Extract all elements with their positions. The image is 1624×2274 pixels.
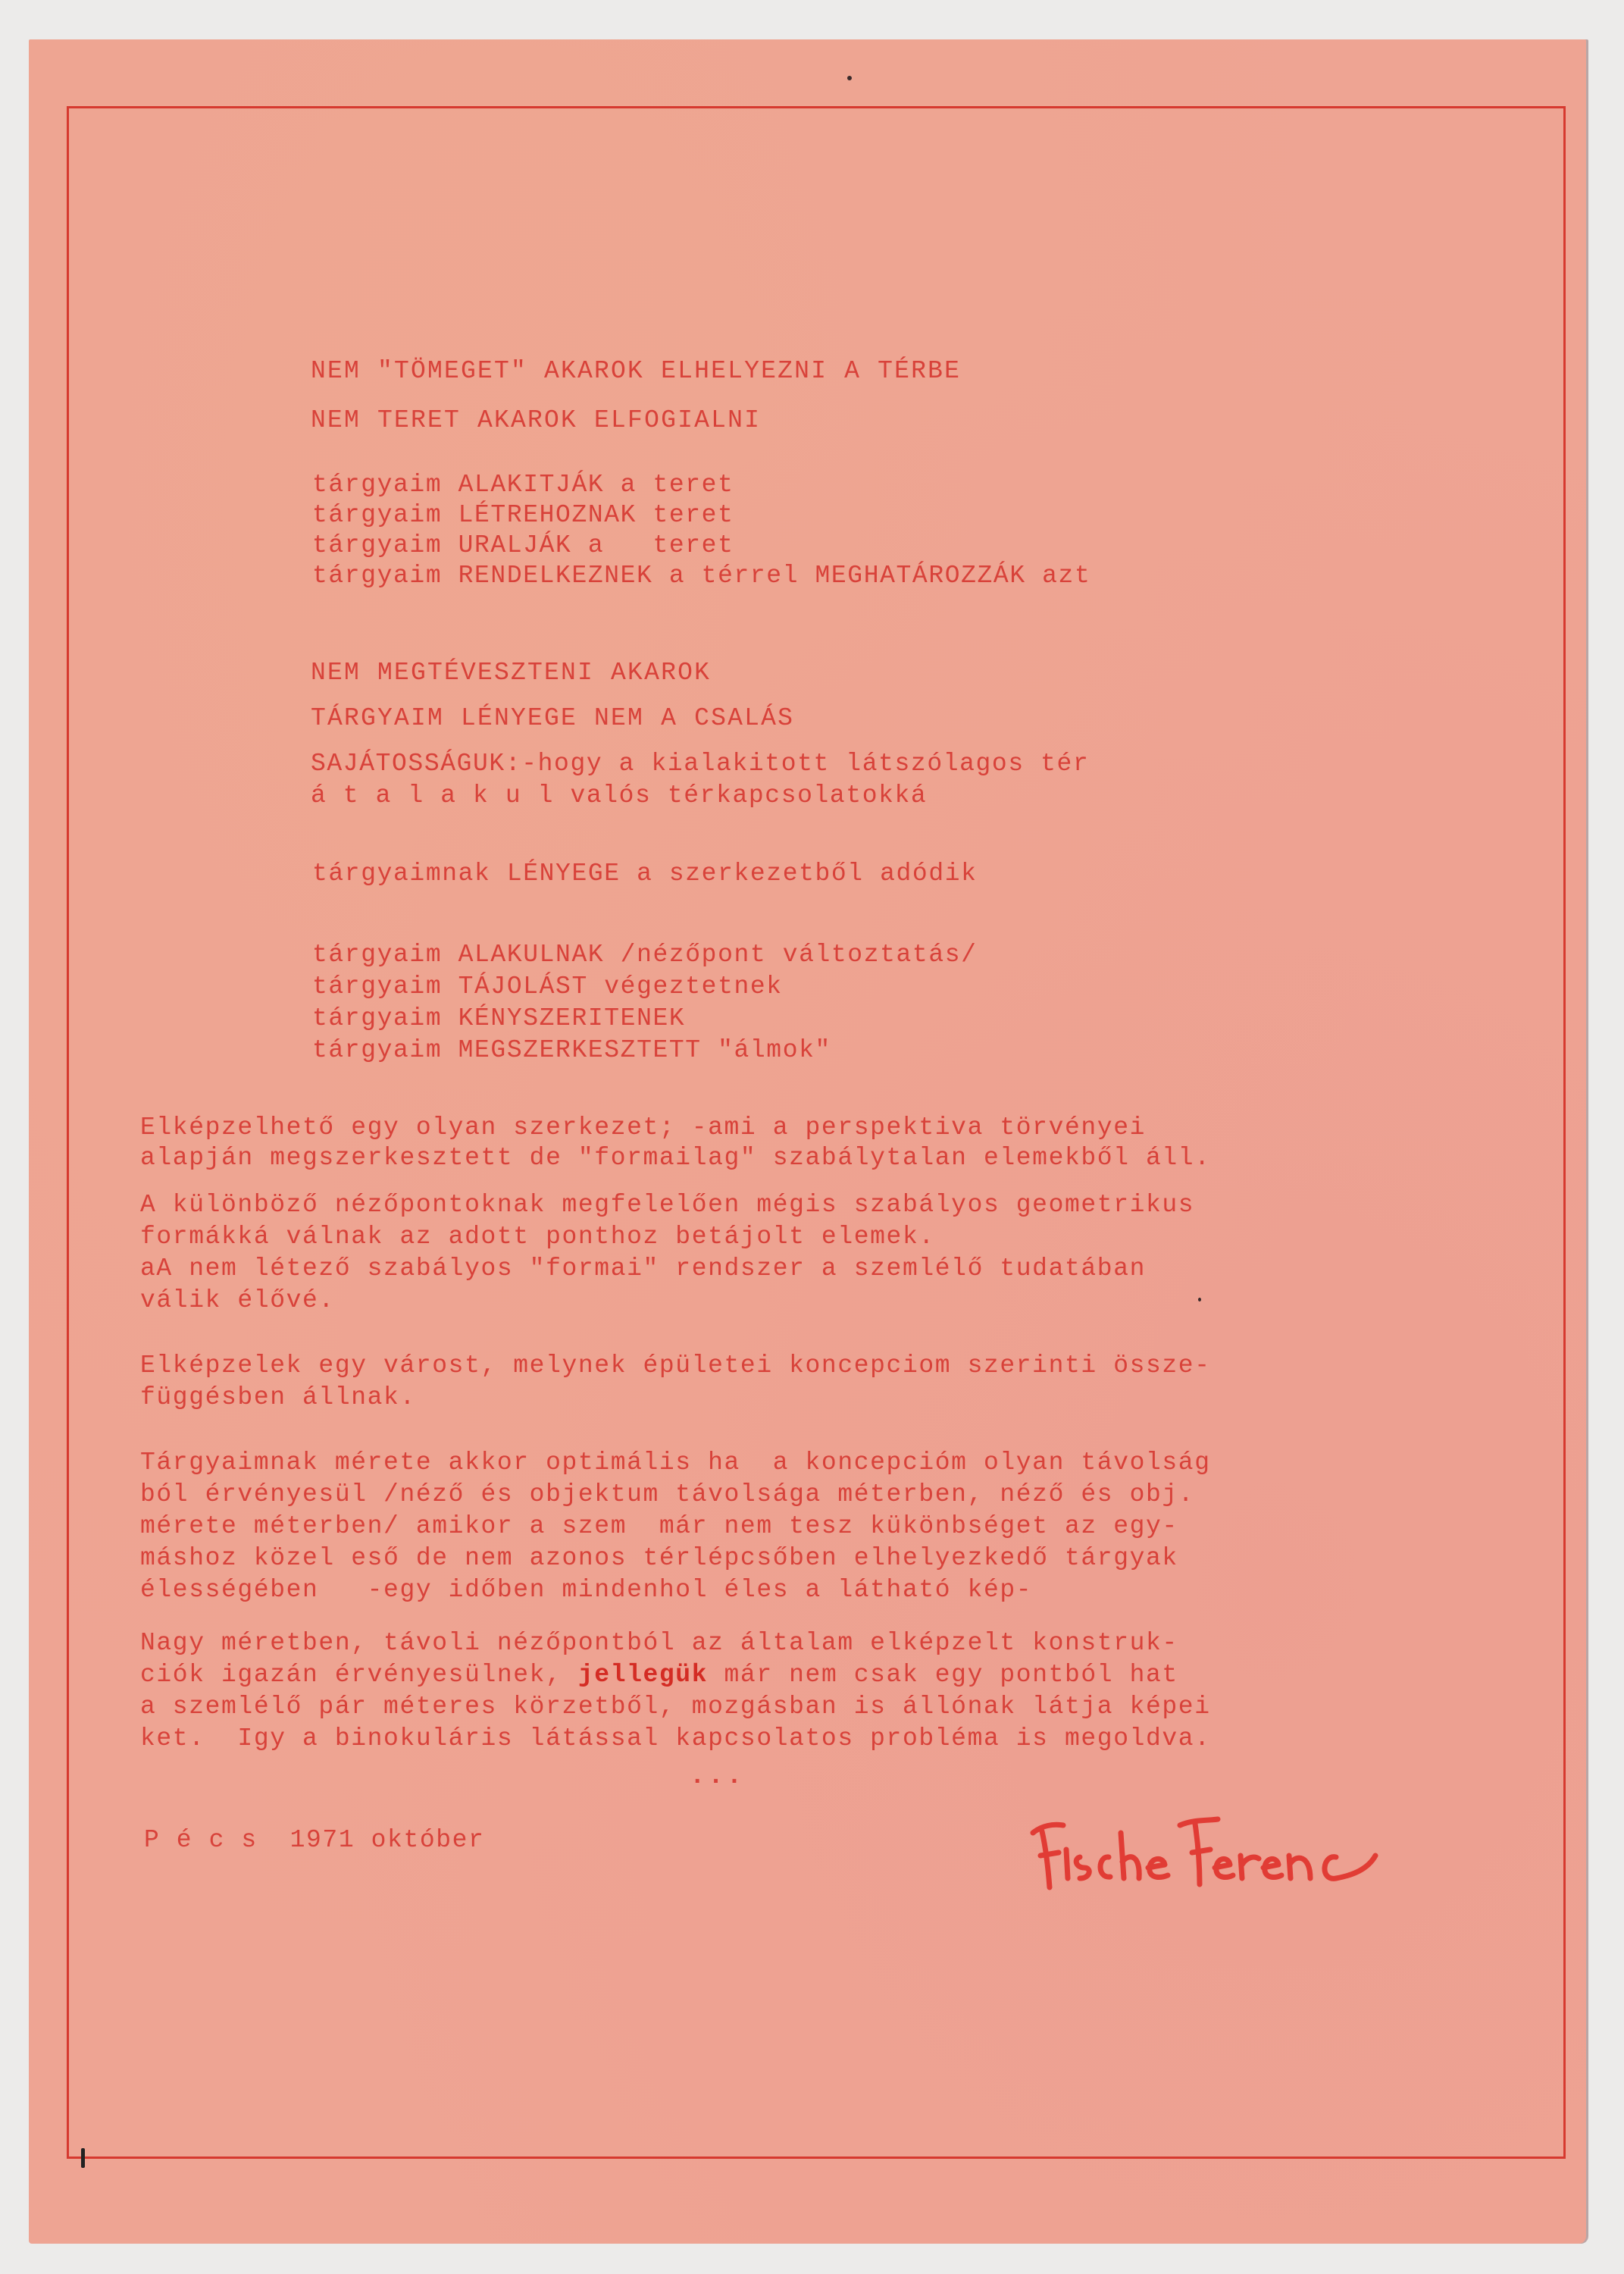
- ink-speck: [1198, 1298, 1201, 1301]
- paragraph-line: máshoz közel eső de nem azonos térlépcső…: [140, 1543, 1178, 1574]
- statement-line: tárgyaim MEGSZERKESZTETT "álmok": [312, 1035, 831, 1066]
- ellipsis: ...: [690, 1762, 745, 1791]
- heading-line: NEM "TÖMEGET" AKAROK ELHELYEZNI A TÉRBE: [311, 356, 961, 387]
- paragraph-line: ket. Igy a binokuláris látással kapcsola…: [140, 1724, 1211, 1754]
- black-pen-mark: [81, 2148, 85, 2168]
- text-span: ciók igazán érvényesülnek,: [140, 1661, 578, 1689]
- paragraph-line: formákká válnak az adott ponthoz betájol…: [140, 1222, 935, 1252]
- paragraph-line: A különböző nézőpontoknak megfelelően mé…: [140, 1190, 1194, 1220]
- paragraph-line: ból érvényesül /néző és objektum távolsá…: [140, 1480, 1194, 1510]
- paragraph-line: Tárgyaimnak mérete akkor optimális ha a …: [140, 1448, 1211, 1478]
- statement-line: tárgyaim ALAKITJÁK a teret: [312, 470, 734, 500]
- paragraph-line: ciók igazán érvényesülnek, jellegük már …: [140, 1660, 1178, 1690]
- ink-speck: [847, 76, 852, 80]
- statement-line: á t a l a k u l valós térkapcsolatokká: [311, 781, 927, 811]
- statement-line: tárgyaim RENDELKEZNEK a térrel MEGHATÁRO…: [312, 561, 1090, 591]
- paragraph-line: függésben állnak.: [140, 1383, 416, 1413]
- statement-line: tárgyaim URALJÁK a teret: [312, 531, 734, 561]
- statement-line: tárgyaim KÉNYSZERITENEK: [312, 1004, 685, 1034]
- statement-line: tárgyaim TÁJOLÁST végeztetnek: [312, 972, 783, 1002]
- paragraph-line: élességében -egy időben mindenhol éles a…: [140, 1575, 1032, 1605]
- paragraph-line: a szemlélő pár méteres körzetből, mozgás…: [140, 1692, 1211, 1722]
- statement-line: SAJÁTOSSÁGUK:-hogy a kialakitott látszól…: [311, 749, 1089, 779]
- paragraph-line: Elképzelhető egy olyan szerkezet; -ami a…: [140, 1113, 1146, 1143]
- place-date: P é c s 1971 október: [144, 1825, 484, 1856]
- heading-line: TÁRGYAIM LÉNYEGE NEM A CSALÁS: [311, 703, 794, 734]
- paragraph-line: Nagy méretben, távoli nézőpontból az ált…: [140, 1628, 1178, 1659]
- paragraph-line: aA nem létező szabályos "formai" rendsze…: [140, 1254, 1146, 1284]
- text-span: már nem csak egy pontból hat: [708, 1661, 1178, 1689]
- overstruck-word: jellegük: [578, 1661, 708, 1689]
- paragraph-line: mérete méterben/ amikor a szem már nem t…: [140, 1511, 1178, 1542]
- heading-line: NEM TERET AKAROK ELFOGIALNI: [311, 406, 761, 436]
- statement-line: tárgyaim LÉTREHOZNAK teret: [312, 500, 734, 531]
- paragraph-line: válik élővé.: [140, 1286, 335, 1316]
- heading-line: NEM MEGTÉVESZTENI AKAROK: [311, 658, 711, 688]
- paragraph-line: alapján megszerkesztett de "formailag" s…: [140, 1143, 1211, 1173]
- handwritten-signature: Fischer Ferenc: [1019, 1803, 1413, 1901]
- statement-line: tárgyaimnak LÉNYEGE a szerkezetből adódi…: [312, 859, 978, 889]
- paragraph-line: Elképzelek egy várost, melynek épületei …: [140, 1351, 1211, 1381]
- statement-line: tárgyaim ALAKULNAK /nézőpont változtatás…: [312, 940, 978, 970]
